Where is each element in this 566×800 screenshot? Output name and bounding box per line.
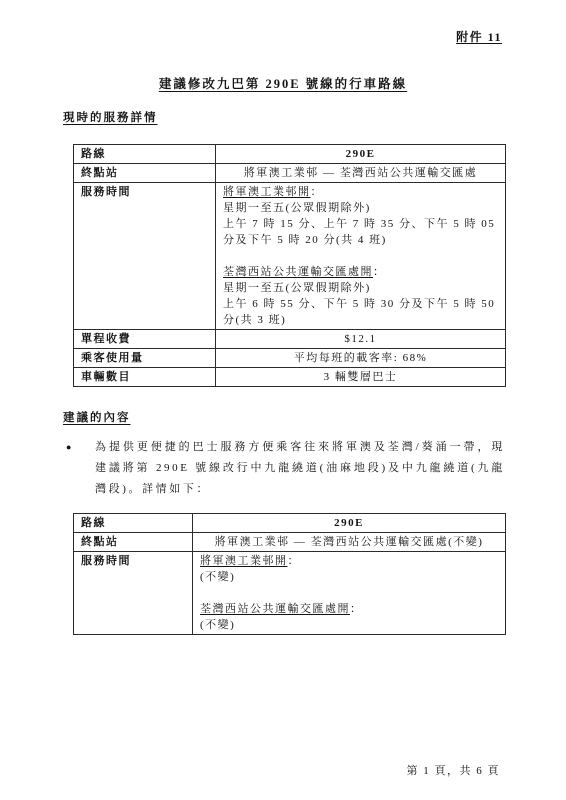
terminus-label-cell: 終點站 bbox=[74, 164, 216, 183]
colon: ： bbox=[311, 186, 324, 198]
proposal-bullet-item: ● 為提供更便捷的巴士服務方便乘客往來將軍澳及荃灣/葵涌一帶，現建議將第 290… bbox=[66, 437, 505, 500]
service-hours-label-cell: 服務時間 bbox=[74, 552, 193, 635]
page-title-text: 建議修改九巴第 290E 號線的行車路線 bbox=[159, 77, 407, 91]
service-hours-label-cell: 服務時間 bbox=[74, 183, 216, 330]
table-row-service-hours: 服務時間 將軍澳工業邨開： (不變) 荃灣西站公共運輸交匯處開： (不變) bbox=[74, 552, 506, 635]
colon: ： bbox=[373, 266, 386, 278]
table-row-terminus: 終點站 將軍澳工業邨 — 荃灣西站公共運輸交匯處(不變) bbox=[74, 533, 506, 552]
patronage-label-cell: 乘客使用量 bbox=[74, 349, 216, 368]
spacer bbox=[223, 248, 498, 264]
tw-departure-heading: 荃灣西站公共運輸交匯處開： bbox=[223, 264, 498, 280]
terminus-value-cell: 將軍澳工業邨 — 荃灣西站公共運輸交匯處(不變) bbox=[193, 533, 506, 552]
bullet-icon: ● bbox=[66, 437, 95, 500]
colon: ： bbox=[350, 603, 363, 615]
route-value-cell: 290E bbox=[216, 145, 506, 164]
fare-value-cell: $12.1 bbox=[216, 330, 506, 349]
service-hours-value-cell: 將軍澳工業邨開： 星期一至五(公眾假期除外) 上午 7 時 15 分、上午 7 … bbox=[216, 183, 506, 330]
page-number: 第 1 頁，共 6 頁 bbox=[407, 762, 501, 778]
section-heading-proposal-text: 建議的內容 bbox=[63, 412, 131, 424]
tko-departure-heading-text: 將軍澳工業邨開 bbox=[200, 555, 288, 567]
tko-departure-heading: 將軍澳工業邨開： bbox=[223, 184, 498, 200]
proposal-text: 為提供更便捷的巴士服務方便乘客往來將軍澳及荃灣/葵涌一帶，現建議將第 290E … bbox=[95, 437, 505, 500]
section-heading-proposal: 建議的內容 bbox=[63, 409, 566, 425]
table-row-patronage: 乘客使用量 平均每班的載客率: 68% bbox=[74, 349, 506, 368]
table-row-fare: 單程收費 $12.1 bbox=[74, 330, 506, 349]
tko-departure-heading: 將軍澳工業邨開： bbox=[200, 553, 498, 569]
fleet-label-cell: 車輛數目 bbox=[74, 368, 216, 387]
spacer bbox=[200, 585, 498, 601]
table-row-route: 路線 290E bbox=[74, 514, 506, 533]
tw-unchanged-note: (不變) bbox=[200, 617, 498, 633]
route-value-cell: 290E bbox=[193, 514, 506, 533]
tko-unchanged-note: (不變) bbox=[200, 569, 498, 585]
tw-service-days: 星期一至五(公眾假期除外) bbox=[223, 280, 498, 296]
tko-service-times: 上午 7 時 15 分、上午 7 時 35 分、下午 5 時 05 分及下午 5… bbox=[223, 216, 498, 248]
section-heading-current-service-text: 現時的服務詳情 bbox=[63, 112, 158, 124]
tko-service-days: 星期一至五(公眾假期除外) bbox=[223, 200, 498, 216]
service-hours-value-cell: 將軍澳工業邨開： (不變) 荃灣西站公共運輸交匯處開： (不變) bbox=[193, 552, 506, 635]
table-row-terminus: 終點站 將軍澳工業邨 — 荃灣西站公共運輸交匯處 bbox=[74, 164, 506, 183]
tw-departure-heading-text: 荃灣西站公共運輸交匯處開 bbox=[223, 266, 373, 278]
tw-departure-heading: 荃灣西站公共運輸交匯處開： bbox=[200, 601, 498, 617]
page-title: 建議修改九巴第 290E 號線的行車路線 bbox=[0, 74, 566, 92]
annex-label-text: 附件 11 bbox=[456, 30, 502, 44]
fare-label-cell: 單程收費 bbox=[74, 330, 216, 349]
annex-label: 附件 11 bbox=[0, 28, 566, 45]
table-row-service-hours: 服務時間 將軍澳工業邨開： 星期一至五(公眾假期除外) 上午 7 時 15 分、… bbox=[74, 183, 506, 330]
tw-service-times: 上午 6 時 55 分、下午 5 時 30 分及下午 5 時 50 分(共 3 … bbox=[223, 296, 498, 328]
route-label-cell: 路線 bbox=[74, 145, 216, 164]
fleet-value-cell: 3 輛雙層巴士 bbox=[216, 368, 506, 387]
colon: ： bbox=[288, 555, 301, 567]
route-label-cell: 路線 bbox=[74, 514, 193, 533]
section-heading-current-service: 現時的服務詳情 bbox=[63, 109, 566, 125]
tko-departure-heading-text: 將軍澳工業邨開 bbox=[223, 186, 311, 198]
table-row-route: 路線 290E bbox=[74, 145, 506, 164]
table-row-fleet: 車輛數目 3 輛雙層巴士 bbox=[74, 368, 506, 387]
tw-departure-heading-text: 荃灣西站公共運輸交匯處開 bbox=[200, 603, 350, 615]
proposed-service-table: 路線 290E 終點站 將軍澳工業邨 — 荃灣西站公共運輸交匯處(不變) 服務時… bbox=[73, 513, 506, 635]
patronage-value-cell: 平均每班的載客率: 68% bbox=[216, 349, 506, 368]
terminus-label-cell: 終點站 bbox=[74, 533, 193, 552]
terminus-value-cell: 將軍澳工業邨 — 荃灣西站公共運輸交匯處 bbox=[216, 164, 506, 183]
current-service-table: 路線 290E 終點站 將軍澳工業邨 — 荃灣西站公共運輸交匯處 服務時間 將軍… bbox=[73, 144, 506, 387]
